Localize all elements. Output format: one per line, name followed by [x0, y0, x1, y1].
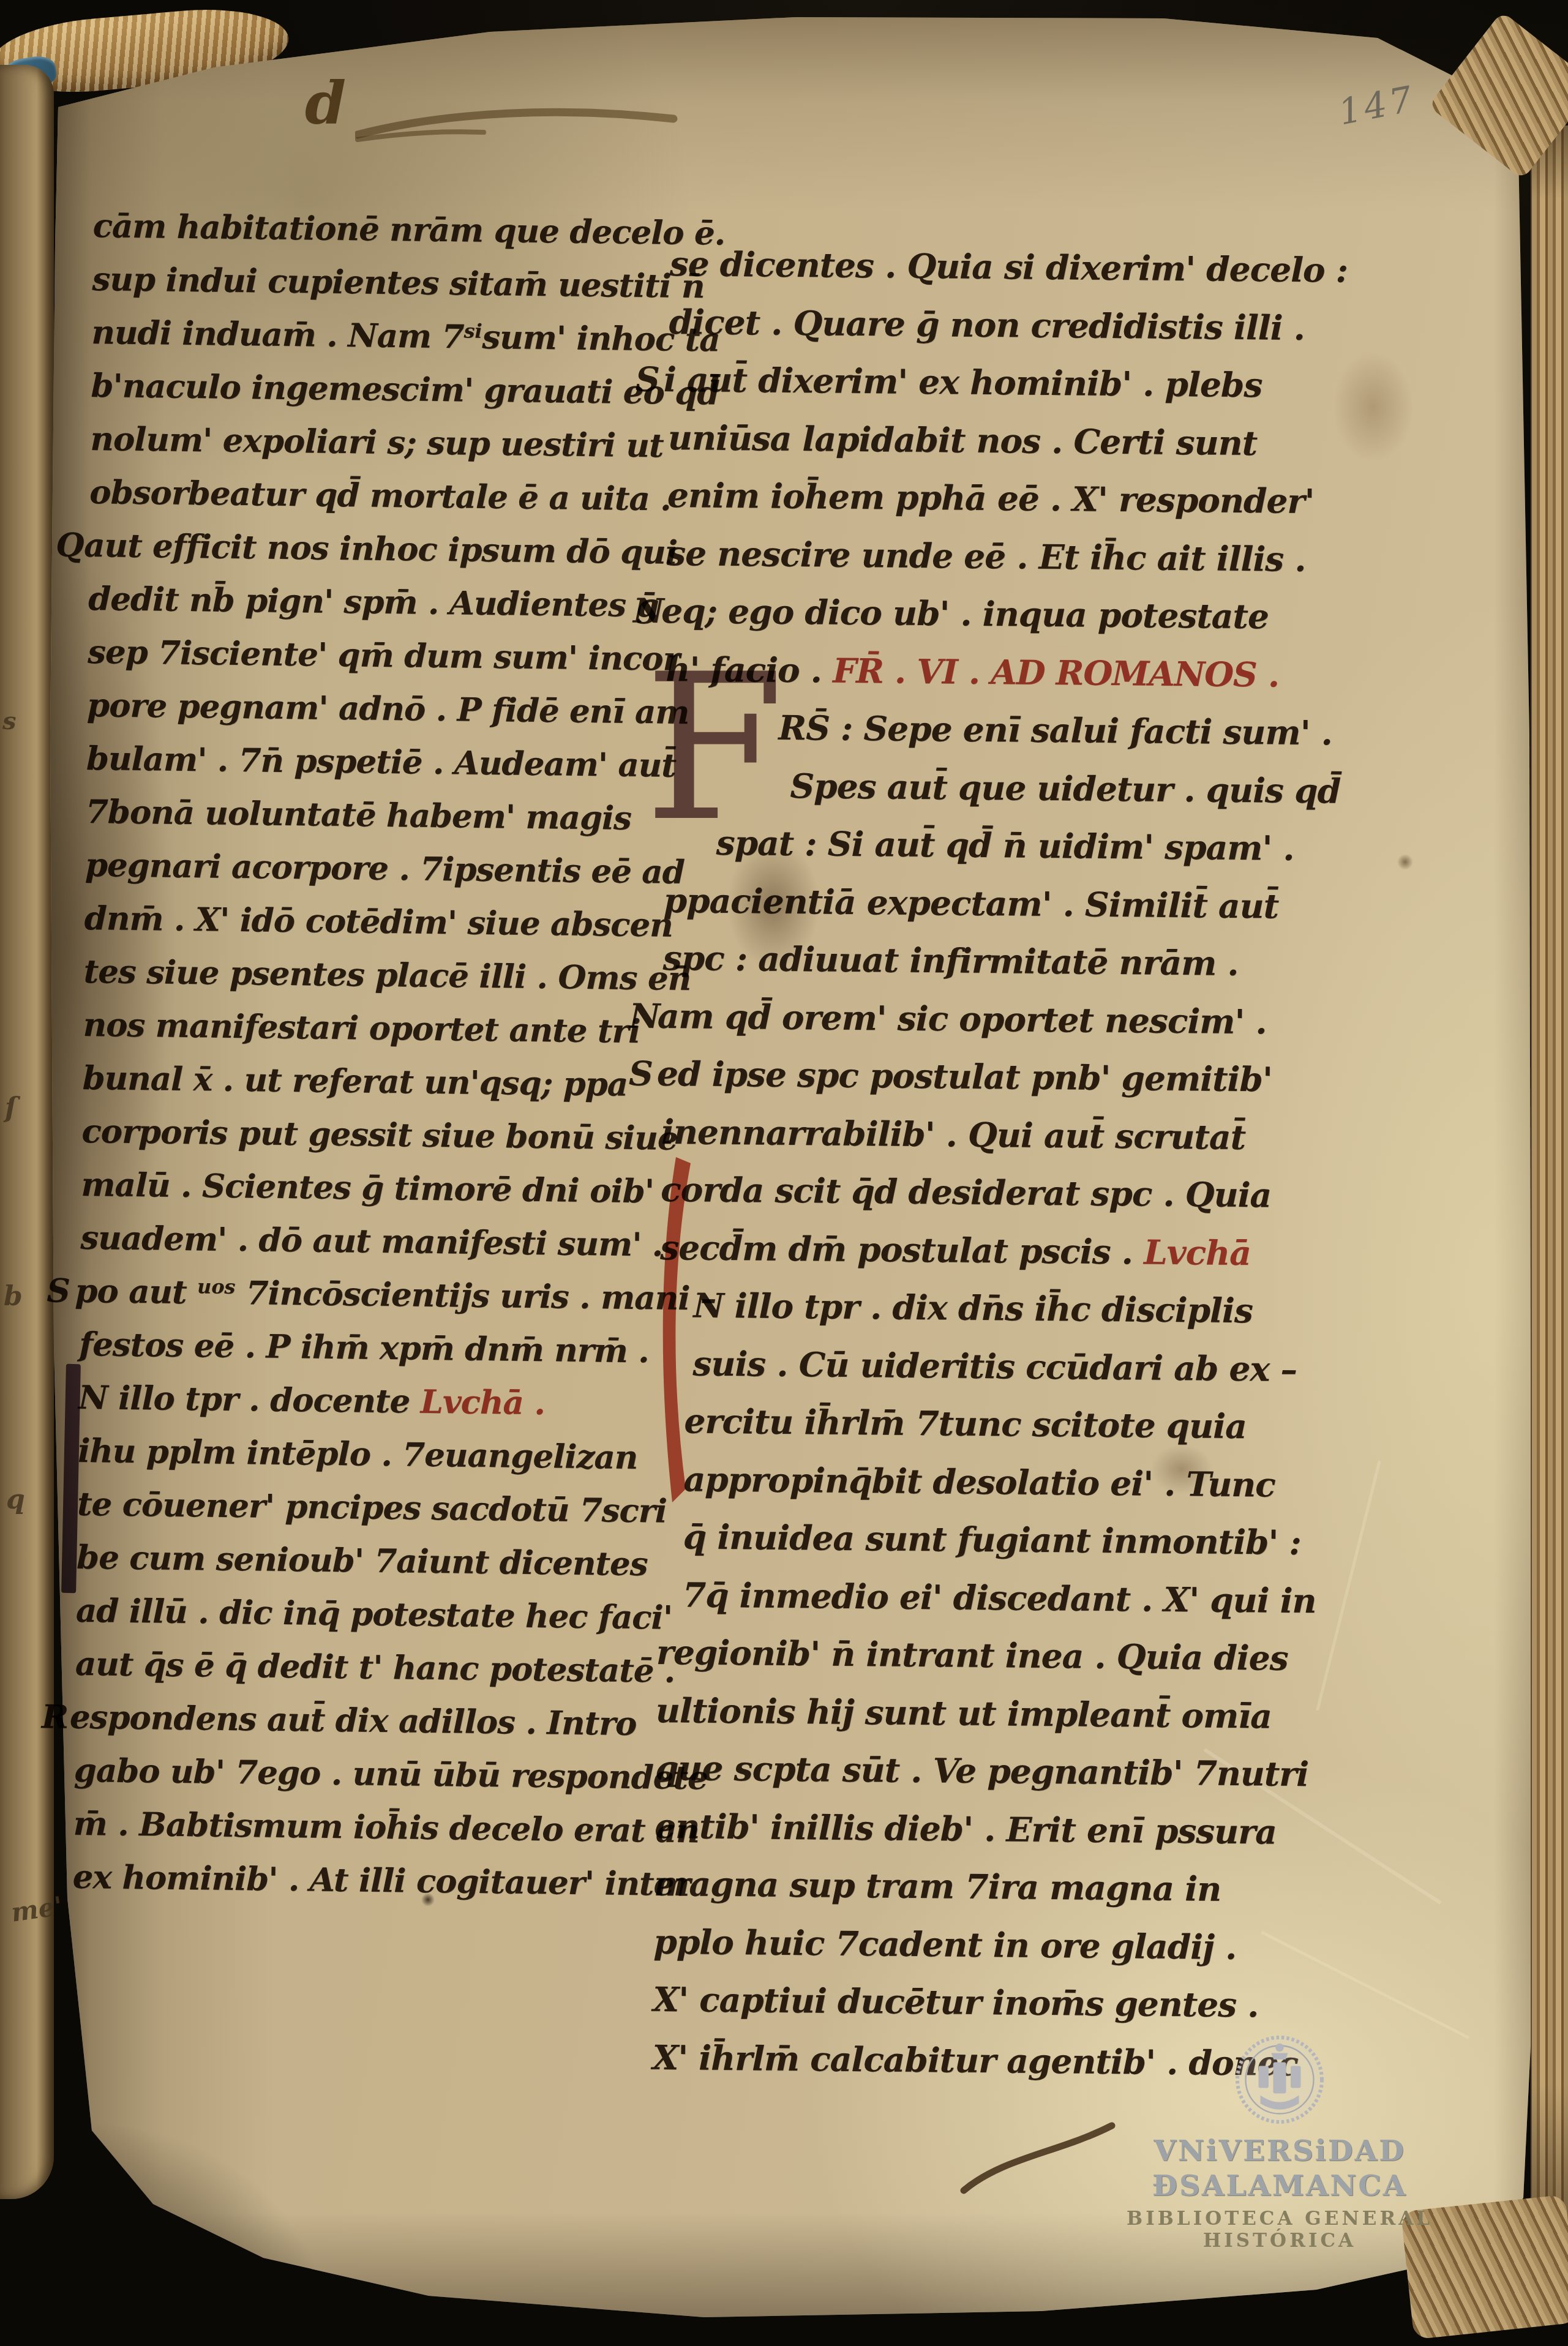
body-text: bunal x̄ . ut referat un'qsq; ppa — [82, 1059, 628, 1104]
rubric-text: FR̄ . VI . AD ROMANOS . — [833, 650, 1280, 694]
manuscript-text-line: regionib' n̄ intrant inea . Quia dies — [656, 1632, 1334, 1696]
body-text: Spes aut̄ que uidetur . quis qd̄ — [790, 765, 1340, 811]
body-text: appropinq̄bit desolatio ei' . Tunc — [683, 1459, 1275, 1504]
body-text: 7bonā uoluntatē habem' magis — [86, 793, 632, 838]
manuscript-text-line: inennarrabilib' . Qui aut̄ scrutat̄ — [661, 1111, 1339, 1175]
rubric-text: Lvchā — [1144, 1232, 1251, 1273]
body-text: ad illū . dic inq̄ potestate hec faci' — [76, 1592, 673, 1637]
body-text: festos eē . P ihm̄ xpm̄ dnm̄ nrm̄ . — [79, 1325, 649, 1370]
body-text: entib' inillis dieb' . Erit enī pssura — [655, 1805, 1277, 1851]
body-text: ultionis hij sunt ut impleant̄ omīa — [656, 1690, 1272, 1736]
body-text: pore pegnam' adnō . P fidē enī am — [87, 686, 689, 732]
body-text: corda scit q̄d desiderat spc . Quia — [661, 1169, 1272, 1215]
universidad-seal-icon — [1234, 2034, 1326, 2126]
body-text: uniūsa lapidabit nos . Certi sunt — [668, 417, 1258, 462]
manuscript-text-line: corporis put gessit siue bonū siue — [81, 1112, 718, 1174]
body-text: h' facio . — [666, 648, 833, 690]
body-text: pegnari acorpore . 7ipsentis eē ad — [84, 846, 685, 891]
body-text: dnm̄ . X' idō cotēdim' siue abscen — [84, 899, 673, 945]
body-text: corporis put gessit siue bonū siue — [81, 1112, 678, 1158]
manuscript-text-line: se nescire unde eē . Et ih̄c ait illis . — [667, 533, 1345, 597]
body-text: X' captiui ducētur inom̄s gentes . — [653, 1979, 1259, 2025]
body-text: 7q̄ inmedio ei' discedant . X' qui in — [683, 1575, 1316, 1621]
manuscript-text-line: suis . Cū uideritis ccūdari ab ex – — [659, 1343, 1337, 1407]
manuscript-text-line: uniūsa lapidabit nos . Certi sunt — [667, 417, 1346, 481]
manuscript-text-line: N illo tpr . docente Lvchā . — [78, 1379, 715, 1440]
body-text: inennarrabilib' . Qui aut̄ scrutat̄ — [661, 1111, 1246, 1156]
quire-mark-flourish — [355, 103, 686, 146]
body-text: regionib' n̄ intrant inea . Quia dies — [656, 1632, 1288, 1678]
marginal-capital: Q — [56, 526, 84, 564]
body-text: espondens aut̄ dix adillos . Intro — [69, 1698, 636, 1743]
manuscript-text-line: Si aut̄ dixerim' ex hominib' . plebs — [668, 359, 1346, 424]
facing-page-edge: s ſ b q me' — [0, 65, 54, 2199]
body-text: si — [463, 320, 482, 342]
body-text: sup indui cupientes sitam̄ uestiti n̄ — [92, 260, 705, 305]
manuscript-text-line: q̄ inuidea sunt fugiant inmontib' : — [657, 1516, 1335, 1581]
body-text: gabo ub' 7ego . unū ūbū respondete — [73, 1752, 708, 1797]
watermark-library-name: BIBLIOTECA GENERAL HISTÓRICA — [1096, 2208, 1463, 2252]
manuscript-text-line: se dicentes . Quia si dixerim' decelo : — [669, 244, 1348, 308]
manuscript-text-line: tes siue psentes placē illi . Oms en̄ — [83, 953, 720, 1014]
body-text: cām habitationē nrām que decelo ē. — [92, 207, 725, 253]
manuscript-text-line: corda scit q̄d desiderat spc . Quia — [661, 1169, 1339, 1234]
body-text: enim ioh̄em pphā eē . X' responder' — [667, 475, 1315, 521]
marginal-capital: S — [629, 1053, 658, 1093]
manuscript-text-line: spat : Si aut̄ qd̄ n̄ uidim' spam' . — [664, 822, 1342, 886]
manuscript-text-line: enim ioh̄em pphā eē . X' responder' — [667, 475, 1345, 539]
marginal-capital: R — [41, 1698, 70, 1736]
manuscript-text-line: Spes aut̄ que uidetur . quis qd̄ — [664, 764, 1343, 828]
manuscript-text-line: appropinq̄bit desolatio ei' . Tunc — [658, 1458, 1336, 1523]
edge-text-fragment: s — [2, 706, 17, 735]
manuscript-text-line: Qaut efficit nos inhoc ipsum dō qui — [89, 527, 726, 588]
manuscript-text-line: gabo ub' 7ego . unū ūbū respondete — [73, 1752, 710, 1813]
watermark-institution-line1: VNiVERSiDAD — [1096, 2134, 1463, 2168]
body-text: dedit nb̄ pign' spm̄ . Audientes ḡ — [88, 580, 659, 624]
watermark-institution-line2: ÐSALAMANCA — [1096, 2169, 1463, 2203]
manuscript-text-line: ex hominib' . At illi cogitauer' inter — [72, 1858, 709, 1919]
body-text: secd̄m dm̄ postulat pscis . — [660, 1227, 1144, 1272]
manuscript-text-line: RS̄ : Sepe enī salui facti sum' . — [665, 706, 1343, 771]
library-watermark: VNiVERSiDAD ÐSALAMANCA BIBLIOTECA GENERA… — [1096, 2034, 1463, 2252]
quire-mark: d — [305, 69, 346, 138]
body-text: dicet . Quare ḡ non credidistis illi . — [669, 301, 1305, 347]
marginal-capital: N — [629, 995, 658, 1035]
manuscript-text-line: ad illū . dic inq̄ potestate hec faci' — [75, 1592, 712, 1653]
body-text: eq; ego dico ub' . inqua potestate — [661, 591, 1269, 637]
manuscript-text-line: sep 7isciente' qm̄ dum sum' incor — [87, 633, 724, 694]
body-text: pplo huic 7cadent in ore gladij . — [653, 1921, 1236, 1966]
manuscript-text-line: nolum' expoliari s; sup uestiri ut — [90, 420, 727, 481]
body-text: se nescire unde eē . Et ih̄c ait illis . — [667, 533, 1306, 579]
body-text: magna sup tram 7ira magna in — [654, 1864, 1221, 1909]
body-text: uos — [197, 1275, 236, 1299]
manuscript-text-line: dicet . Quare ḡ non credidistis illi . — [669, 301, 1347, 365]
edge-text-fragment: b — [4, 1281, 23, 1312]
body-text: ppacientiā expectam' . Similit̄ aut̄ — [663, 880, 1278, 926]
body-text: RS̄ : Sepe enī salui facti sum' . — [778, 708, 1332, 753]
manuscript-text-line: te cōuener' pncipes sacdotū 7scri — [77, 1485, 713, 1546]
body-text: nudi induam̄ . Nam 7 — [91, 313, 464, 356]
manuscript-text-line: magna sup tram 7ira magna in — [654, 1864, 1332, 1928]
manuscript-text-line: Sed ipse spc postulat pnb' gemitib' — [661, 1054, 1340, 1118]
manuscript-text-line: secd̄m dm̄ postulat pscis . Lvchā — [660, 1227, 1338, 1291]
ink-dot — [1397, 854, 1413, 870]
manuscript-text-line: 7bonā uoluntatē habem' magis — [85, 793, 722, 854]
rubric-text: Lvchā . — [420, 1383, 545, 1422]
manuscript-text-line: ercitu ih̄rlm̄ 7tunc scitote quia — [658, 1401, 1337, 1465]
manuscript-text-line: nudi induam̄ . Nam 7sisum' inhoc ta — [91, 313, 728, 375]
body-text: bulam' . 7n̄ pspetiē . Audeam' aut̄ — [86, 740, 677, 785]
body-text: te cōuener' pncipes sacdotū 7scri — [77, 1485, 667, 1531]
body-text: aut efficit nos inhoc ipsum dō qui — [84, 527, 677, 572]
marginal-capital: S — [636, 359, 664, 399]
manuscript-text-line: Neq; ego dico ub' . inqua potestate — [666, 591, 1345, 655]
manuscript-text-line: N illo tpr . dix dn̄s ih̄c disciplis — [659, 1285, 1338, 1349]
manuscript-text-line: h' facio . FR̄ . VI . AD ROMANOS . — [666, 648, 1344, 713]
manuscript-text-line: obsorbeatur qd̄ mortale ē a uita . — [89, 473, 726, 534]
manuscript-text-line: Nam qd̄ orem' sic oportet nescim' . — [662, 995, 1340, 1060]
manuscript-text-line: bunal x̄ . ut referat un'qsq; ppa — [82, 1059, 719, 1120]
edge-text-fragment: q — [6, 1484, 25, 1515]
manuscript-text-line: ultionis hij sunt ut impleant̄ omīa — [655, 1690, 1334, 1754]
manuscript-text-line: dnm̄ . X' idō cotēdim' siue abscen — [84, 899, 721, 961]
manuscript-text-line: m̄ . Babtismum ioh̄is decelo erat an — [73, 1805, 710, 1866]
body-text: am qd̄ orem' sic oportet nescim' . — [658, 995, 1267, 1041]
manuscript-text-line: cām habitationē nrām que decelo ē. — [92, 207, 729, 268]
body-text: ed ipse spc postulat pnb' gemitib' — [657, 1054, 1272, 1100]
manuscript-text-line: pore pegnam' adnō . P fidē enī am — [86, 686, 723, 748]
body-text: sep 7isciente' qm̄ dum sum' incor — [88, 633, 680, 678]
manuscript-text-line: aut q̄s ē q̄ dedit t' hanc potestatē . — [75, 1645, 711, 1706]
body-text: suadem' . dō aut manifesti sum' . — [80, 1219, 663, 1264]
manuscript-text-line: festos eē . P ihm̄ xpm̄ dnm̄ nrm̄ . — [79, 1325, 716, 1387]
manuscript-text-line: entib' inillis dieb' . Erit enī pssura — [655, 1805, 1333, 1870]
body-text: m̄ . Babtismum ioh̄is decelo erat an — [73, 1805, 699, 1850]
body-text: q̄ inuidea sunt fugiant inmontib' : — [683, 1516, 1301, 1562]
body-text: aut q̄s ē q̄ dedit t' hanc potestatē . — [75, 1645, 675, 1690]
manuscript-text-line: suadem' . dō aut manifesti sum' . — [80, 1219, 717, 1280]
body-text: que scpta sūt . Ve pegnantib' 7nutri — [655, 1748, 1309, 1794]
manuscript-text-line: sup indui cupientes sitam̄ uestiti n̄ — [92, 260, 729, 321]
manuscript-photo: s ſ b q me' d 147 F cām habitationē nrām… — [0, 0, 1568, 2346]
manuscript-text-line: ihu pplm intēplo . 7euangelizan — [77, 1432, 714, 1493]
manuscript-text-line: Respondens aut̄ dix adillos . Intro — [74, 1698, 711, 1759]
body-text: 7incōscientijs uris . mani – — [235, 1274, 716, 1318]
body-text: spc : adiuuat infirmitatē nrām . — [662, 938, 1238, 983]
body-text: suis . Cū uideritis ccūdari ab ex – — [692, 1343, 1297, 1388]
body-text: se dicentes . Quia si dixerim' decelo : — [669, 244, 1348, 290]
body-text: po aut — [75, 1272, 197, 1311]
manuscript-text-line: pplo huic 7cadent in ore gladij . — [653, 1921, 1332, 1985]
body-text: be cum senioub' 7aiunt dicentes — [77, 1538, 648, 1583]
manuscript-text-line: malū . Scientes ḡ timorē dni oib' — [81, 1166, 718, 1227]
body-text: nos manifestari oportet ante tri — [83, 1006, 640, 1051]
edge-text-fragment: me' — [9, 1891, 64, 1927]
body-text: i aut̄ dixerim' ex hominib' . plebs — [664, 359, 1262, 405]
edge-text-fragment: ſ — [5, 1092, 17, 1123]
manuscript-text-line: b'naculo ingemescim' grauati eo qd̄ — [91, 367, 727, 428]
marginal-capital: S — [47, 1272, 75, 1310]
body-text: ihu pplm intēplo . 7euangelizan — [78, 1432, 638, 1477]
manuscript-text-line: nos manifestari oportet ante tri — [83, 1006, 719, 1067]
body-text: nolum' expoliari s; sup uestiri ut — [90, 420, 664, 465]
body-text: ercitu ih̄rlm̄ 7tunc scitote quia — [684, 1401, 1247, 1446]
body-text: obsorbeatur qd̄ mortale ē a uita . — [89, 473, 671, 519]
body-text: malū . Scientes ḡ timorē dni oib' — [81, 1166, 654, 1210]
body-text: N illo tpr . dix dn̄s ih̄c disciplis — [693, 1285, 1253, 1330]
text-column-right: se dicentes . Quia si dixerim' decelo :d… — [652, 244, 1348, 2101]
manuscript-text-line: 7q̄ inmedio ei' discedant . X' qui in — [656, 1574, 1335, 1638]
manuscript-text-line: ppacientiā expectam' . Similit̄ aut̄ — [663, 880, 1341, 944]
body-text: tes siue psentes placē illi . Oms en̄ — [83, 953, 691, 998]
manuscript-text-line: be cum senioub' 7aiunt dicentes — [76, 1538, 713, 1600]
manuscript-text-line: que scpta sūt . Ve pegnantib' 7nutri — [655, 1748, 1334, 1812]
manuscript-text-line: pegnari acorpore . 7ipsentis eē ad — [84, 846, 721, 907]
marginal-capital: N — [633, 590, 662, 630]
manuscript-text-line: Spo aut uos 7incōscientijs uris . mani – — [80, 1272, 716, 1333]
body-text: ex hominib' . At illi cogitauer' inter — [72, 1858, 690, 1903]
manuscript-text-line: spc : adiuuat infirmitatē nrām . — [662, 938, 1341, 1002]
manuscript-text-line: bulam' . 7n̄ pspetiē . Audeam' aut̄ — [86, 740, 722, 801]
page-stack-edge-right — [1531, 126, 1568, 2250]
manuscript-text-line: dedit nb̄ pign' spm̄ . Audientes ḡ — [88, 580, 724, 641]
body-text: spat : Si aut̄ qd̄ n̄ uidim' spam' . — [716, 823, 1294, 868]
body-text: b'naculo ingemescim' grauati eo qd̄ — [91, 367, 719, 413]
body-text: N illo tpr . docente — [78, 1379, 421, 1421]
